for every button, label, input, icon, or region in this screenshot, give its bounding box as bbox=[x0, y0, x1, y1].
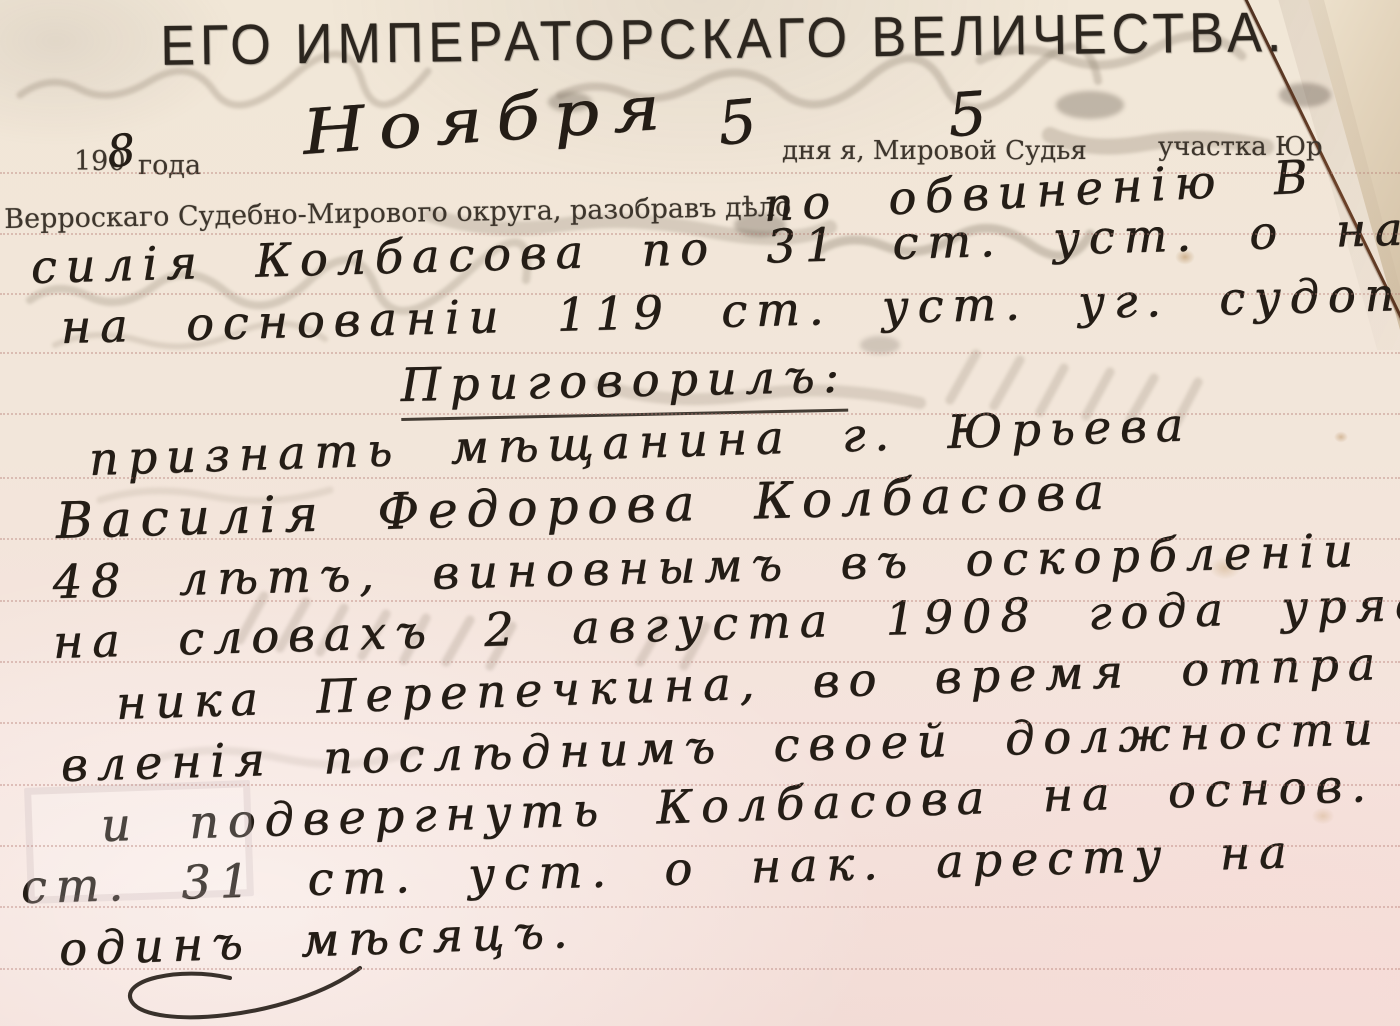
ruled-line bbox=[0, 538, 1400, 540]
ruled-line bbox=[0, 172, 1400, 174]
ruled-line bbox=[0, 722, 1400, 724]
ruled-line bbox=[0, 233, 1400, 235]
year-digit-handwritten: 8 bbox=[104, 125, 137, 179]
ruled-line bbox=[0, 906, 1400, 908]
ruled-line bbox=[0, 784, 1400, 786]
ruled-line bbox=[0, 352, 1400, 354]
ruled-line bbox=[0, 600, 1400, 602]
precinct-number-handwritten: 5 bbox=[946, 79, 989, 151]
ruled-line bbox=[0, 477, 1400, 479]
stamp-ghost bbox=[24, 780, 254, 904]
year-suffix-printed: года bbox=[138, 150, 201, 181]
judge-printed: дня я, Мировой Судья bbox=[782, 136, 1087, 166]
ruled-line bbox=[0, 413, 1400, 415]
document-page: ЕГО ИМПЕРАТОРСКАГО ВЕЛИЧЕСТВА. 190 8 год… bbox=[0, 0, 1400, 1026]
ruled-line bbox=[0, 661, 1400, 663]
month-handwritten: Ноября bbox=[300, 70, 676, 169]
ruled-line bbox=[0, 968, 1400, 970]
ruled-line bbox=[0, 293, 1400, 295]
letterhead-title: ЕГО ИМПЕРАТОРСКАГО ВЕЛИЧЕСТВА. bbox=[160, 0, 1287, 79]
day-handwritten: 5 bbox=[715, 86, 759, 159]
ruled-line bbox=[0, 845, 1400, 847]
